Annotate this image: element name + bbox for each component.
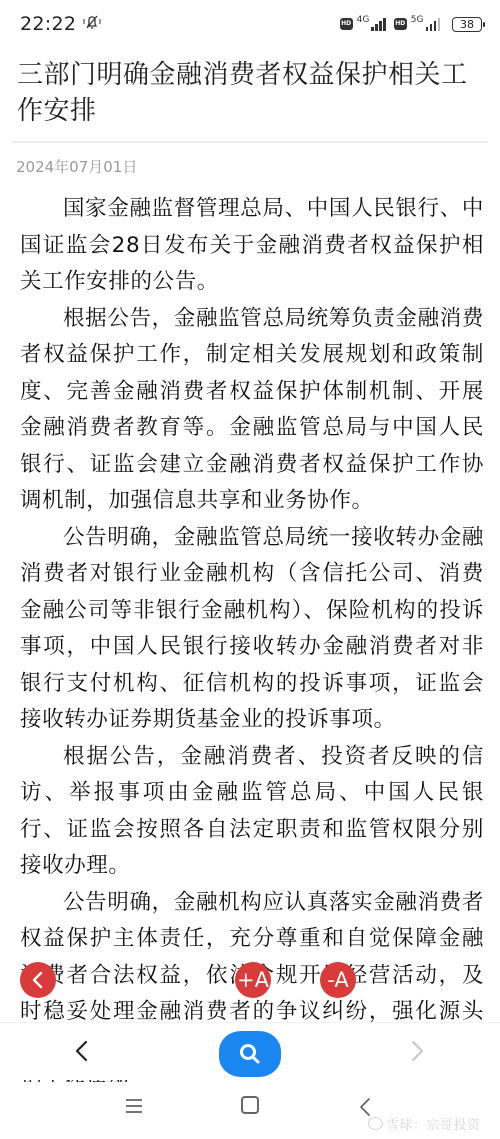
chevron-left-icon bbox=[30, 970, 46, 990]
chevron-left-icon bbox=[70, 1037, 94, 1065]
floating-back-button[interactable] bbox=[20, 962, 56, 998]
search-icon bbox=[237, 1041, 263, 1067]
font-increase-button[interactable]: +A bbox=[235, 962, 271, 998]
battery-indicator: 38 bbox=[452, 17, 482, 32]
signal-strength-sim1-icon bbox=[371, 17, 386, 31]
xueqiu-logo-icon bbox=[368, 1117, 383, 1130]
article-title: 三部门明确金融消费者权益保护相关工作安排 bbox=[0, 50, 500, 129]
bell-muted-vibrate-icon bbox=[82, 14, 102, 34]
home-button[interactable] bbox=[241, 1096, 259, 1114]
menu-icon bbox=[124, 1098, 144, 1114]
status-bar: 22:22 HD 4G HD 5G 38 bbox=[0, 0, 500, 48]
network-type-sim2: 5G bbox=[411, 15, 424, 25]
network-type-sim1: 4G bbox=[357, 15, 370, 25]
status-time: 22:22 bbox=[20, 13, 76, 35]
watermark-text: 雪球：宗哥投资 bbox=[386, 1114, 481, 1133]
article-date: 2024年07月01日 bbox=[0, 143, 500, 177]
search-button[interactable] bbox=[219, 1031, 281, 1077]
status-right: HD 4G HD 5G 38 bbox=[340, 17, 482, 32]
article: 三部门明确金融消费者权益保护相关工作安排 2024年07月01日 国家金融监督管… bbox=[0, 50, 500, 1104]
toolbar-back-button[interactable] bbox=[70, 1037, 94, 1065]
article-paragraph: 国家金融监督管理总局、中国人民银行、中国证监会28日发布关于金融消费者权益保护相… bbox=[20, 191, 484, 301]
article-paragraph: 根据公告，金融监管总局统筹负责金融消费者权益保护工作，制定相关发展规划和政策制度… bbox=[20, 301, 484, 520]
watermark: 雪球：宗哥投资 bbox=[368, 1114, 481, 1133]
article-paragraph: 根据公告，金融消费者、投资者反映的信访、举报事项由金融监管总局、中国人民银行、证… bbox=[20, 739, 484, 885]
browser-toolbar bbox=[0, 1022, 500, 1080]
status-left: 22:22 bbox=[20, 13, 102, 35]
hd-badge-sim2: HD bbox=[394, 18, 407, 30]
phone-screen: 22:22 HD 4G HD 5G 38 bbox=[0, 0, 500, 1139]
recent-apps-button[interactable] bbox=[124, 1098, 144, 1114]
article-paragraph: 公告明确，金融监管总局统一接收转办金融消费者对银行业金融机构（含信托公司、消费金… bbox=[20, 520, 484, 739]
toolbar-forward-button[interactable] bbox=[405, 1037, 429, 1065]
system-navigation-bar: 雪球：宗哥投资 bbox=[0, 1082, 500, 1139]
hd-badge-sim1: HD bbox=[340, 18, 353, 30]
font-decrease-button[interactable]: -A bbox=[320, 962, 356, 998]
signal-strength-sim2-icon bbox=[426, 17, 441, 31]
chevron-right-icon bbox=[405, 1037, 429, 1065]
